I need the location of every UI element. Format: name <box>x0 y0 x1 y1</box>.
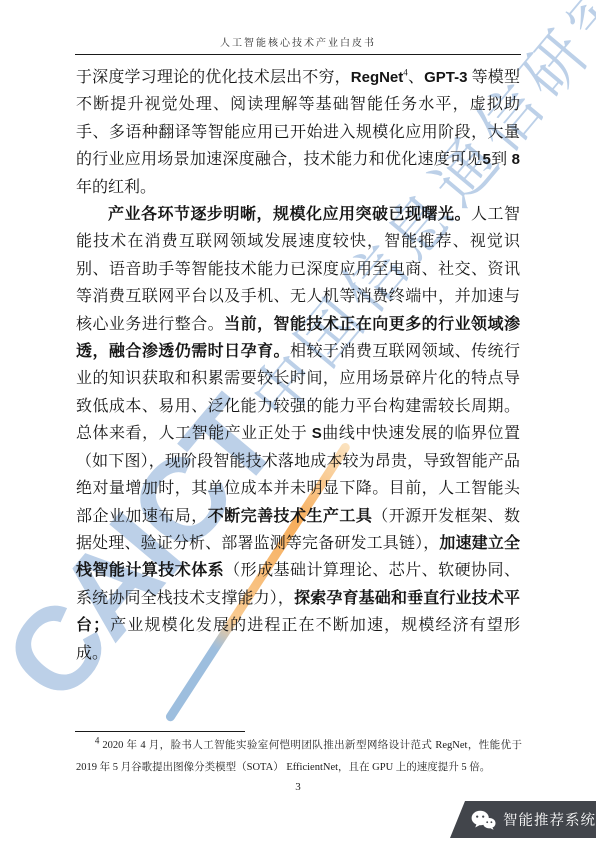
text-segment: 人工智能技术在消费互联网领域发展速度较快，智能推荐、视觉识别、语音助手等智能技术… <box>76 206 520 333</box>
footnote: 4 2020 年 4 月，脸书人工智能实验室何恺明团队推出新型网络设计范式 Re… <box>76 735 522 778</box>
body-text: 于深度学习理论的优化技术层出不穷，RegNet4、GPT-3 等模型不断提升视觉… <box>76 64 520 667</box>
wechat-icon <box>471 810 496 830</box>
text-segment: 于深度学习理论的优化技术层出不穷， <box>76 69 351 86</box>
header-divider <box>75 54 521 55</box>
text-segment: 、 <box>408 69 424 86</box>
text-segment: S <box>312 425 322 442</box>
text-segment: 年的红利。 <box>76 179 156 196</box>
text-segment: RegNet <box>351 69 404 86</box>
text-segment: 产业各环节逐步明晰，规模化应用突破已现曙光。 <box>108 206 471 223</box>
footnote-body: 2020 年 4 月，脸书人工智能实验室何恺明团队推出新型网络设计范式 RegN… <box>76 740 522 773</box>
page-number: 3 <box>0 781 596 793</box>
text-segment: 产业规模化发展的进程正在不断加速，规模经济有望形成。 <box>76 617 520 661</box>
text-segment: 不断完善技术生产工具 <box>208 508 373 525</box>
text-segment: GPT-3 <box>424 69 467 86</box>
paragraph: 于深度学习理论的优化技术层出不穷，RegNet4、GPT-3 等模型不断提升视觉… <box>76 64 520 201</box>
text-segment: 8 <box>512 151 520 168</box>
text-segment: 5 <box>483 151 491 168</box>
text-segment: 到 <box>491 151 512 168</box>
paragraph: 产业各环节逐步明晰，规模化应用突破已现曙光。人工智能技术在消费互联网领域发展速度… <box>76 201 520 667</box>
wechat-account-name: 智能推荐系统 <box>503 809 596 830</box>
footnote-divider <box>75 731 245 732</box>
page-header-title: 人工智能核心技术产业白皮书 <box>0 34 596 49</box>
footnote-text: 4 2020 年 4 月，脸书人工智能实验室何恺明团队推出新型网络设计范式 Re… <box>76 735 522 778</box>
document-page: CAICT中国信息通信研究院 人工智能核心技术产业白皮书 于深度学习理论的优化技… <box>0 0 596 843</box>
wechat-account-badge: 智能推荐系统 <box>450 801 596 838</box>
